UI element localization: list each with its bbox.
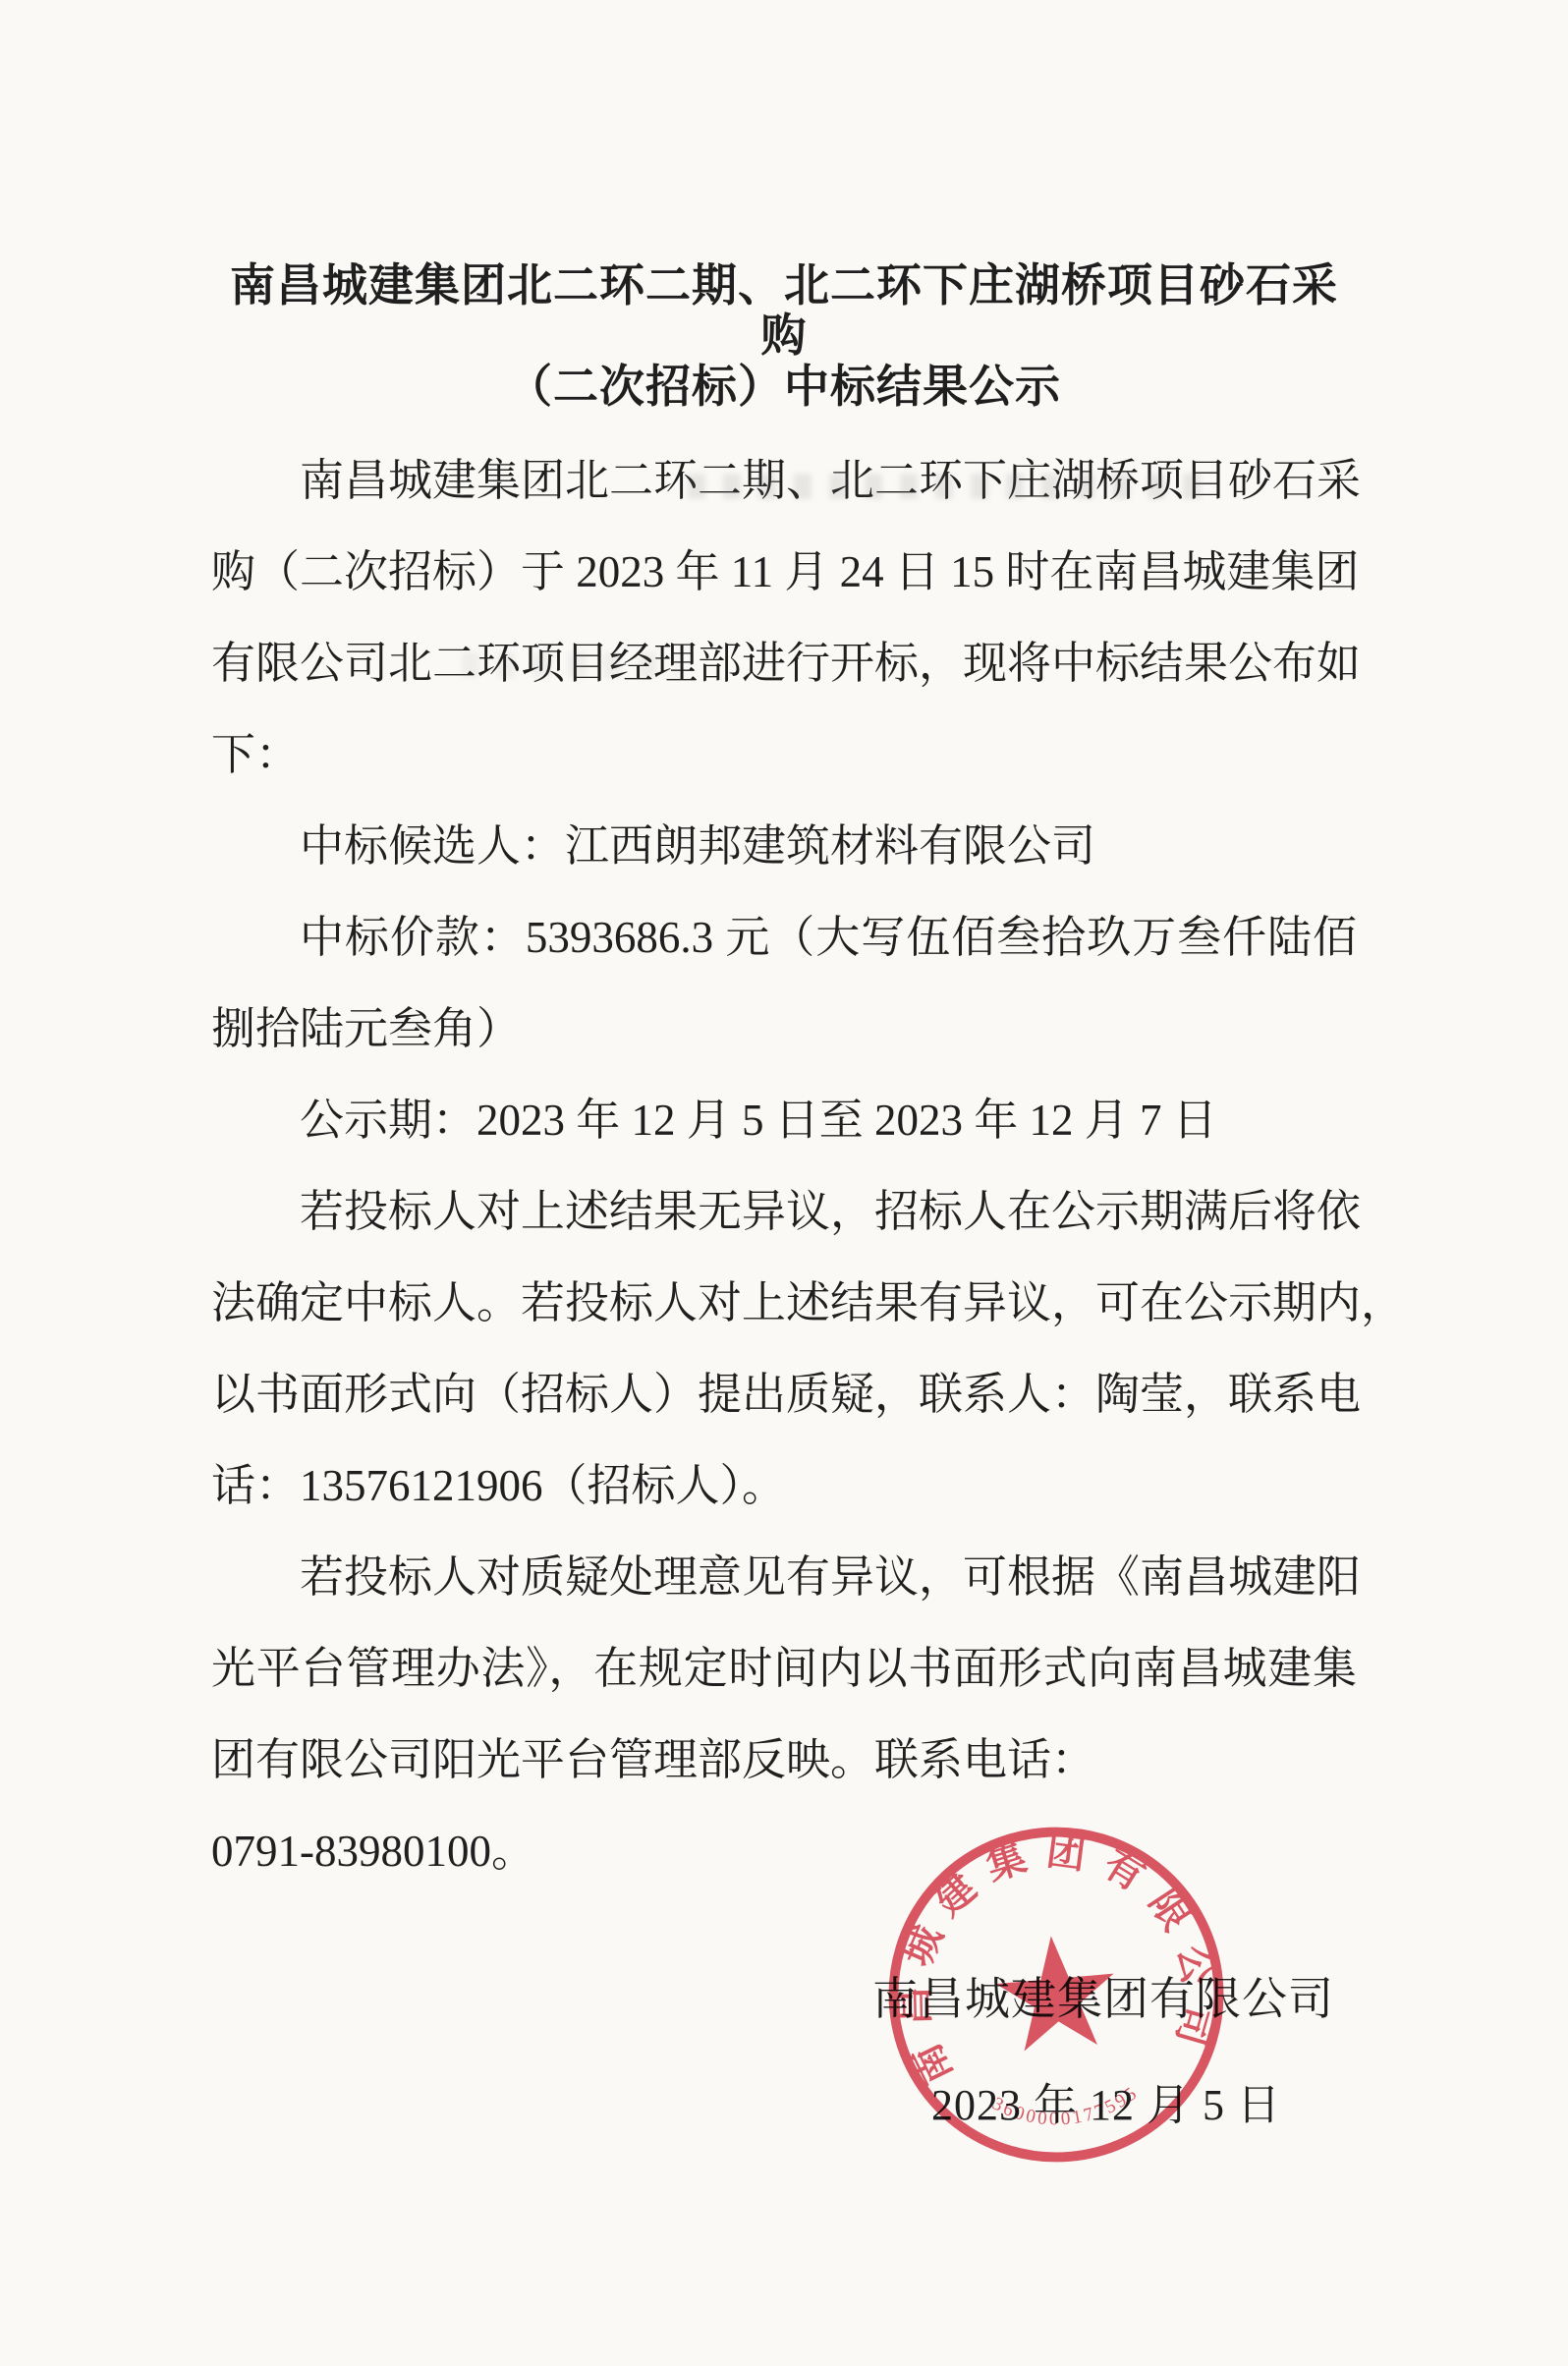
document-page: 南昌城建集团北二环二期、北二环下庄湖桥项目砂石采购 （二次招标）中标结果公示 南…	[0, 0, 1568, 2366]
text-line: 有限公司北二环项目经理部进行开标，现将中标结果公布如	[211, 618, 1357, 709]
text-line: 捌拾陆元叁角）	[211, 984, 1357, 1075]
scan-bleed-artifact	[688, 474, 1218, 499]
text-line: 法确定中标人。若投标人对上述结果有异议，可在公示期内，	[211, 1258, 1357, 1349]
seal-serial: 3600000177595	[987, 2081, 1145, 2136]
document-title-line2: （二次招标）中标结果公示	[211, 363, 1357, 413]
star-icon: ★	[980, 1904, 1133, 2087]
scan-bleed-artifact	[462, 652, 678, 678]
text-line: 公示期：2023 年 12 月 5 日至 2023 年 12 月 7 日	[211, 1075, 1357, 1166]
text-line: 话：13576121906（招标人）。	[211, 1440, 1357, 1532]
document-title-line1: 南昌城建集团北二环二期、北二环下庄湖桥项目砂石采购	[211, 261, 1357, 361]
text-line: 中标候选人：江西朗邦建筑材料有限公司	[211, 801, 1357, 892]
text-line: 光平台管理办法》，在规定时间内以书面形式向南昌城建集	[211, 1623, 1357, 1715]
text-line: 购（二次招标）于 2023 年 11 月 24 日 15 时在南昌城建集团	[211, 527, 1357, 618]
text-line: 以书面形式向（招标人）提出质疑，联系人：陶莹，联系电	[211, 1349, 1357, 1440]
text-line: 若投标人对质疑处理意见有异议，可根据《南昌城建阳	[211, 1532, 1357, 1623]
text-line: 团有限公司阳光平台管理部反映。联系电话：	[211, 1715, 1357, 1806]
text-line: 中标价款：5393686.3 元（大写伍佰叁拾玖万叁仟陆佰	[211, 892, 1357, 984]
text-line: 下：	[211, 709, 1357, 801]
official-seal: 南昌城建集团有限公司 ★ 3600000177595	[863, 1801, 1250, 2188]
text-line: 若投标人对上述结果无异议，招标人在公示期满后将依	[211, 1166, 1357, 1258]
document-body: 南昌城建集团北二环二期、北二环下庄湖桥项目砂石采 购（二次招标）于 2023 年…	[211, 435, 1357, 1897]
